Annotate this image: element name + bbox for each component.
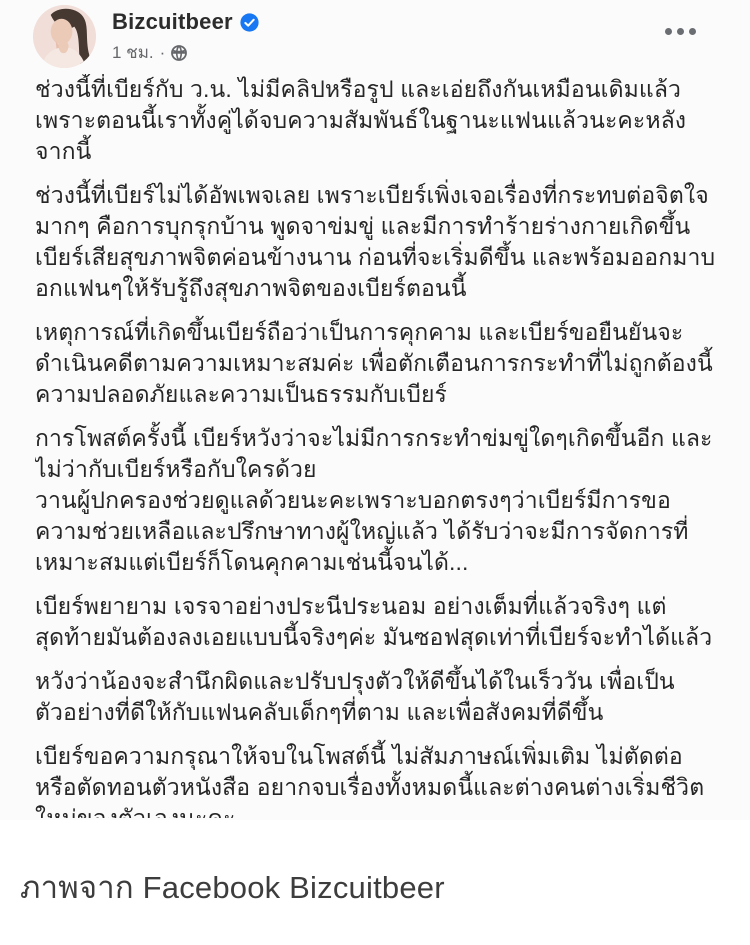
post-body: ช่วงนี้ที่เบียร์กับ ว.น. ไม่มีคลิปหรือรู… bbox=[35, 74, 719, 818]
timestamp[interactable]: 1 ชม. bbox=[112, 39, 154, 66]
post-paragraph: เบียร์ขอความกรุณาให้จบในโพสต์นี้ ไม่สัมภ… bbox=[35, 741, 719, 818]
post-paragraph: หวังว่าน้องจะสำนึกผิดและปรับปรุงตัวให้ดี… bbox=[35, 666, 719, 728]
ellipsis-icon bbox=[665, 28, 672, 35]
ellipsis-icon bbox=[677, 28, 684, 35]
page-background: Bizcuitbeer 1 ชม. · bbox=[0, 0, 750, 945]
meta-separator: · bbox=[160, 43, 166, 63]
post-paragraph: ช่วงนี้ที่เบียร์ไม่ได้อัพเพจเลย เพราะเบี… bbox=[35, 180, 719, 304]
ellipsis-icon bbox=[689, 28, 696, 35]
verified-badge-icon bbox=[240, 13, 259, 32]
post-header: Bizcuitbeer 1 ชม. · bbox=[0, 0, 750, 72]
facebook-post: Bizcuitbeer 1 ชม. · bbox=[0, 0, 750, 820]
post-options-button[interactable] bbox=[661, 24, 700, 39]
post-paragraph: เบียร์พยายาม เจรจาอย่างประนีประนอม อย่าง… bbox=[35, 591, 719, 653]
author-name[interactable]: Bizcuitbeer bbox=[112, 9, 233, 35]
avatar[interactable] bbox=[33, 5, 96, 68]
post-paragraph: การโพสต์ครั้งนี้ เบียร์หวังว่าจะไม่มีการ… bbox=[35, 423, 719, 578]
globe-icon bbox=[171, 45, 187, 61]
post-paragraph: เหตุการณ์ที่เกิดขึ้นเบียร์ถือว่าเป็นการค… bbox=[35, 317, 719, 410]
post-meta: 1 ชม. · bbox=[112, 39, 187, 66]
avatar-image bbox=[33, 5, 96, 68]
image-source-caption: ภาพจาก Facebook Bizcuitbeer bbox=[20, 862, 445, 912]
post-paragraph: ช่วงนี้ที่เบียร์กับ ว.น. ไม่มีคลิปหรือรู… bbox=[35, 74, 719, 167]
